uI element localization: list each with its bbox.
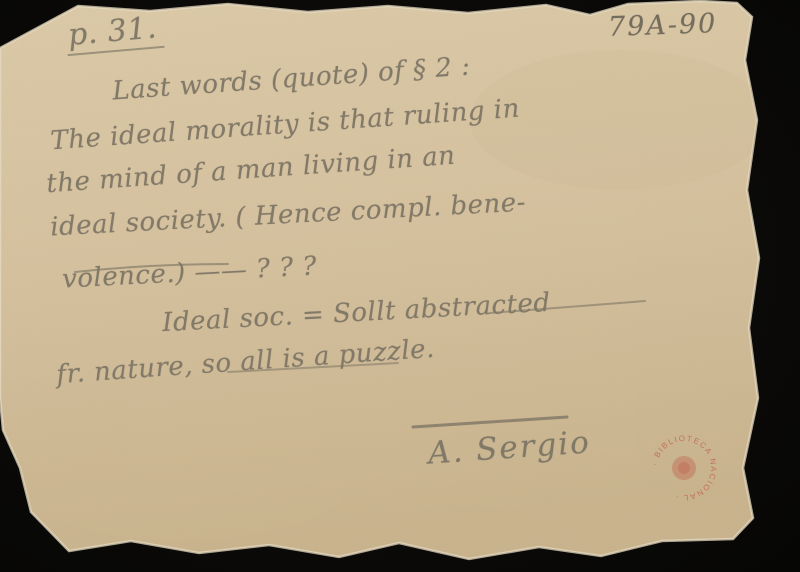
archival-reference-number: 79A-90: [607, 8, 717, 43]
photograph-of-handwritten-note: · BIBLIOTECA NACIONAL · p. 31. 79A-90 La…: [0, 0, 800, 572]
